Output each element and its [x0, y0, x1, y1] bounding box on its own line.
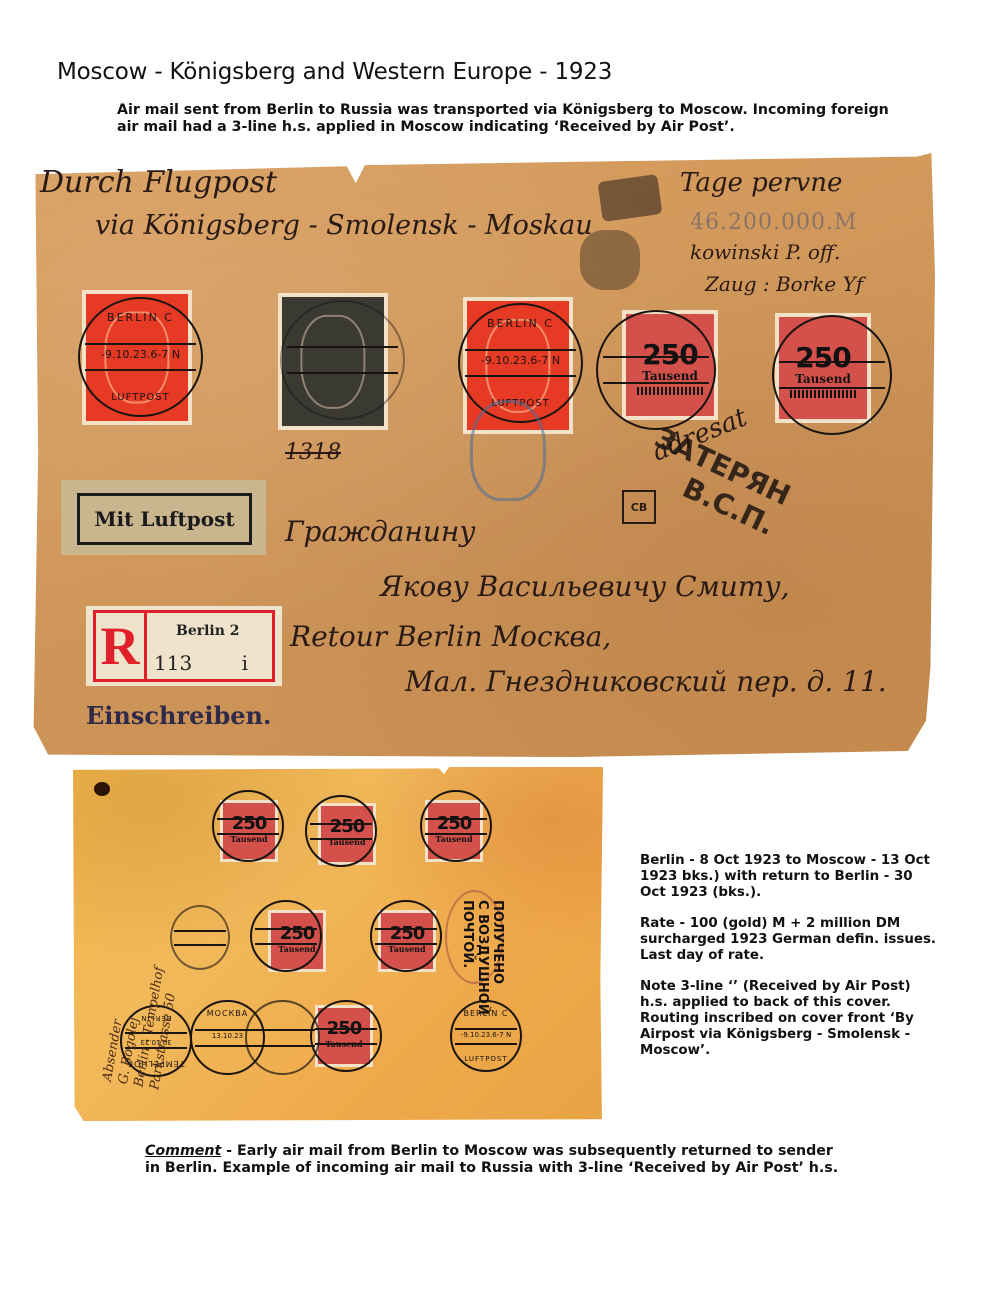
registered-handstamp: Einschreiben. [86, 701, 271, 730]
address-line: Retour Berlin Москва, [290, 620, 611, 653]
cover-notes: Berlin - 8 Oct 1923 to Moscow - 13 Oct 1… [640, 853, 940, 1074]
airmail-label: Mit Luftpost [61, 480, 266, 555]
intro-line: Air mail sent from Berlin to Russia was … [117, 102, 877, 119]
ink-smudge [598, 174, 663, 222]
postmark-berlin-luftpost [596, 310, 716, 430]
postmark-faint [170, 905, 230, 970]
postmark-berlin-luftpost [772, 315, 892, 435]
manuscript-top-right: Zaug : Borke Yf [705, 272, 863, 296]
intro-line: air mail had a 3-line h.s. applied in Mo… [117, 119, 877, 136]
page-title: Moscow - Königsberg and Western Europe -… [57, 59, 612, 85]
manuscript-top-right: Tage pervne [680, 168, 842, 198]
blue-crayon-mark [470, 400, 546, 501]
crossed-note: 1318 [285, 440, 341, 465]
manuscript-top-right: 46.200.000.M [690, 210, 857, 235]
comment-block: Comment - Early air mail from Berlin to … [145, 1143, 865, 1177]
comment-label: Comment [145, 1143, 221, 1159]
comment-text: - Early air mail from Berlin to Moscow w… [221, 1143, 833, 1159]
postmark-berlin-luftpost [310, 1000, 382, 1072]
box-mark: СВ [622, 490, 656, 524]
note-routing: Note 3-line ‘’ (Received by Air Post) h.… [640, 979, 940, 1059]
manuscript-top-right: kowinski P. off. [690, 240, 840, 264]
address-line: Якову Васильевичу Смиту, [380, 570, 790, 603]
comment-text: in Berlin. Example of incoming air mail … [145, 1160, 865, 1177]
registration-label: R Berlin 2 113 i [86, 606, 282, 686]
manuscript-routing-line: via Königsberg - Smolensk - Moskau [95, 210, 593, 241]
ink-smudge [580, 230, 640, 290]
postmark-berlin-luftpost [212, 790, 284, 862]
note-rate: Rate - 100 (gold) M + 2 million DM surch… [640, 916, 940, 964]
postmark-berlin-luftpost [280, 300, 405, 420]
ink-spot [94, 782, 110, 796]
postmark-berlin-luftpost [250, 900, 322, 972]
note-dates: Berlin - 8 Oct 1923 to Moscow - 13 Oct 1… [640, 853, 940, 901]
postmark-berlin-luftpost [370, 900, 442, 972]
intro-text: Air mail sent from Berlin to Russia was … [117, 102, 877, 136]
address-line: Граждaнину [285, 515, 476, 548]
received-by-air-handstamp: ПОЛУЧЕНО С ВОЗДУШНОЙ ПОЧТОЙ. [460, 900, 505, 1015]
postmark-moscow [245, 1000, 320, 1075]
postmark-berlin-luftpost [305, 795, 377, 867]
manuscript-routing-line: Durch Flugpost [40, 165, 277, 200]
postmark-berlin-luftpost [420, 790, 492, 862]
address-line: Мал. Гнездниковский пер. д. 11. [405, 665, 887, 698]
postmark-berlin-luftpost: BERLIN C -9.10.23.6-7 N LUFTPOST [78, 297, 203, 417]
